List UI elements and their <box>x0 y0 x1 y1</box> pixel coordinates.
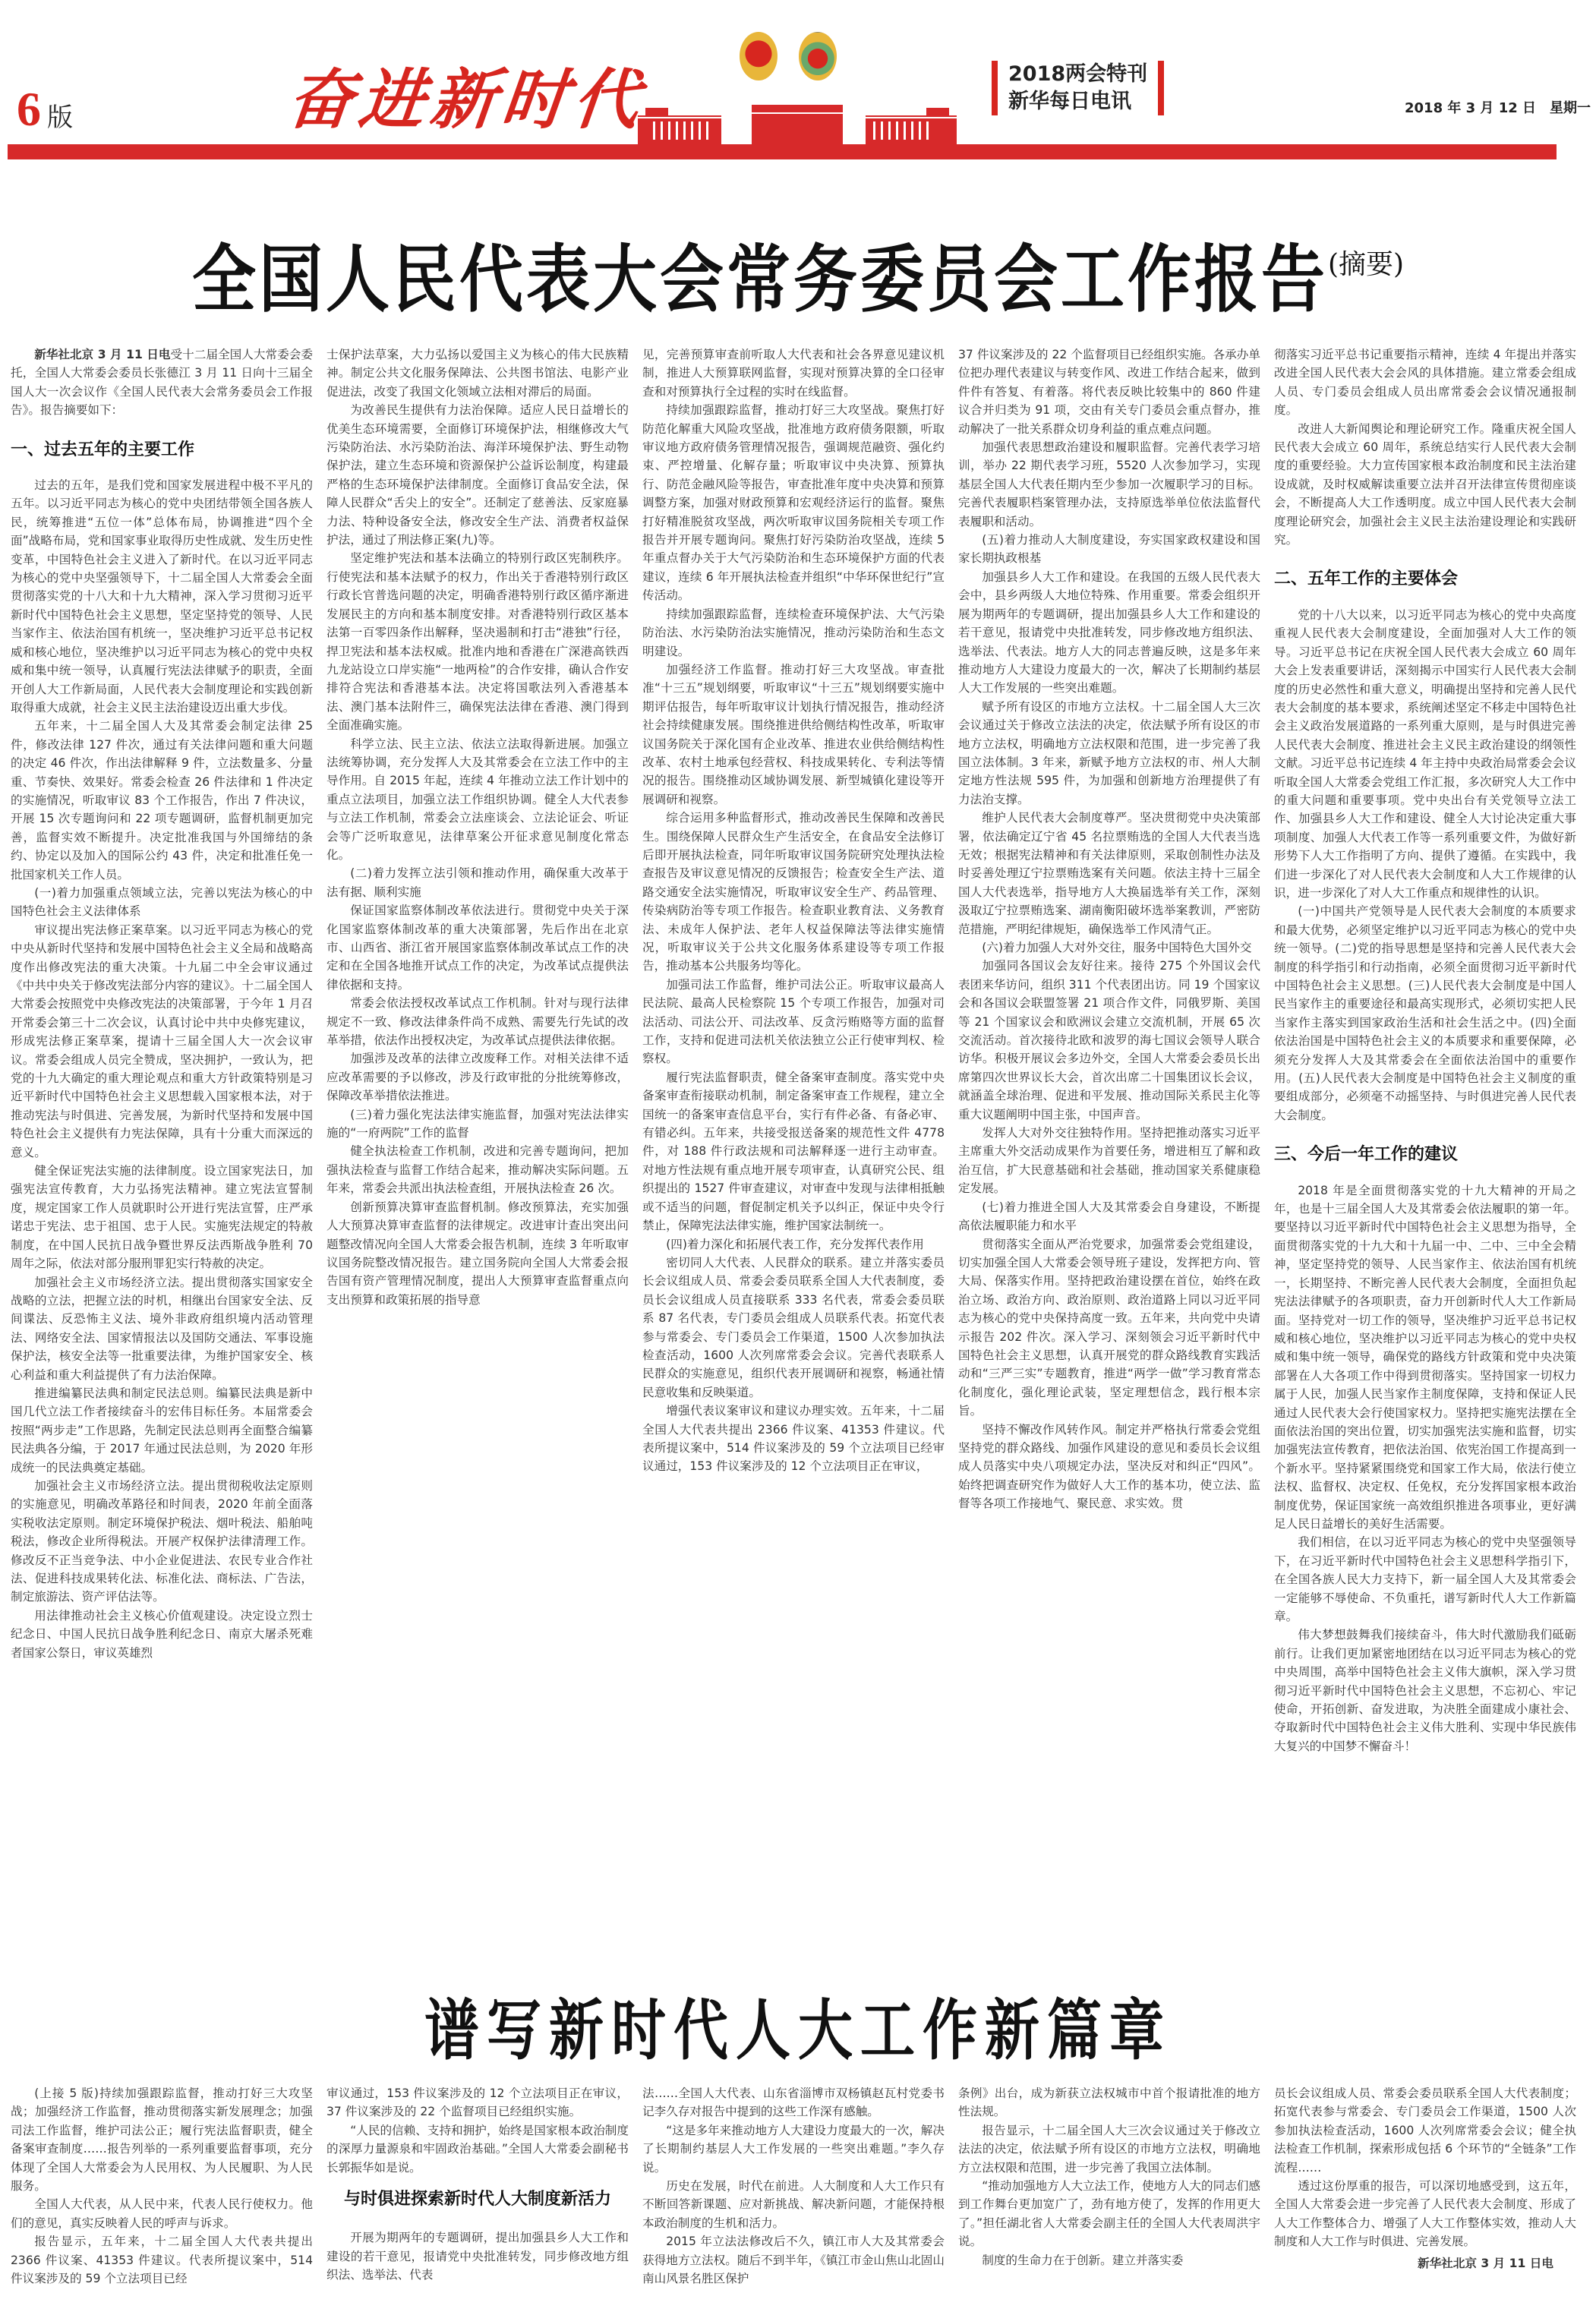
paragraph: 维护人民代表大会制度尊严。坚决贯彻党中央决策部署，依法确定辽宁省 45 名拉票贿… <box>958 809 1260 938</box>
paragraph: 审议通过，153 件议案涉及的 12 个立法项目正在审议，37 件议案涉及的 2… <box>326 2084 629 2121</box>
paragraph: 伟大梦想鼓舞我们接续奋斗，伟大时代激励我们砥砺前行。让我们更加紧密地团结在以习近… <box>1274 1626 1576 1755</box>
paragraph: 用法律推动社会主义核心价值观建设。决定设立烈士纪念日、中国人民抗日战争胜利纪念日… <box>11 1607 313 1662</box>
paragraph: 过去的五年，是我们党和国家发展进程中极不平凡的五年。以习近平同志为核心的党中央团… <box>11 476 313 717</box>
page-number-suffix: 版 <box>47 103 73 134</box>
paragraph: 新华社北京 3 月 11 日电受十二届全国人大常委会委托，全国人大常委会委员长张… <box>11 345 313 420</box>
second-headline-text: 谱写新时代人大工作新篇章 <box>424 1978 1172 2073</box>
paragraph: (六)着力加强人大对外交往，服务中国特色大国外交 <box>958 938 1260 957</box>
paragraph: 科学立法、民主立法、依法立法取得新进展。加强立法统筹协调，充分发挥人大及其常委会… <box>326 735 629 865</box>
special-edition-box: 2018两会特刊 新华每日电讯 <box>992 59 1164 117</box>
main-headline-text: 全国人民代表大会常务委员会工作报告 <box>192 221 1328 326</box>
header-red-rule <box>8 144 1557 159</box>
paragraph: (三)着力强化宪法法律实施监督，加强对宪法法律实施的“一府两院”工作的监督 <box>326 1106 629 1143</box>
paragraph: 为改善民生提供有力法治保障。适应人民日益增长的优美生态环境需要，全面修订环境保护… <box>326 401 629 549</box>
paragraph: 加强社会主义市场经济立法。提出贯彻税收法定原则的实施意见，明确改革路径和时间表，… <box>11 1477 313 1607</box>
paragraph: 密切同人大代表、人民群众的联系。建立并落实委员长会议组成人员、常委会委员联系全国… <box>642 1254 945 1402</box>
column-name-calligraphy: 奋进新时代 <box>283 47 650 141</box>
second-article-column-4: 条例》出台，成为新获立法权城市中首个报请批准的地方性法规。报告显示，十二届全国人… <box>958 2084 1260 2312</box>
issue-date: 2018 年 3 月 12 日 星期一 <box>1405 97 1591 117</box>
section-heading: 一、过去五年的主要工作 <box>11 441 313 459</box>
second-article-column-3: 法……全国人大代表、山东省淄博市双杨镇赵瓦村党委书记李久存对报告中提到的这些工作… <box>642 2084 945 2312</box>
paragraph: 彻落实习近平总书记重要指示精神，连续 4 年提出并落实改进全国人民代表大会会风的… <box>1274 345 1576 420</box>
paragraph: 改进人大新闻舆论和理论研究工作。隆重庆祝全国人民代表大会成立 60 周年，系统总… <box>1274 420 1576 550</box>
paragraph: 五年来，十二届全国人大及其常委会制定法律 25 件，修改法律 127 件次，通过… <box>11 717 313 884</box>
paragraph: 开展为期两年的专题调研，提出加强县乡人大工作和建设的若干意见，报请党中央批准转发… <box>326 2228 629 2284</box>
section-heading: 二、五年工作的主要体会 <box>1274 570 1576 588</box>
paragraph: 见，完善预算审查前听取人大代表和社会各界意见建议机制，推进人大预算联网监督，实现… <box>642 345 945 401</box>
paragraph: 贯彻落实全面从严治党要求，加强常委会党组建设，切实加强全国人大常委会领导班子建设… <box>958 1235 1260 1421</box>
paragraph: “人民的信赖、支持和拥护，始终是国家根本政治制度的深厚力量源泉和牢固政治基础。”… <box>326 2121 629 2177</box>
paragraph: 制度的生命力在于创新。建立并落实委 <box>958 2251 1260 2269</box>
newspaper-name: 新华每日电讯 <box>1008 88 1147 115</box>
second-article-column-1: (上接 5 版)持续加强跟踪监督，推动打好三大攻坚战；加强经济工作监督，推动贯彻… <box>11 2084 313 2312</box>
paragraph: 加强社会主义市场经济立法。提出贯彻落实国家安全战略的立法，把握立法的时机，相继出… <box>11 1273 313 1384</box>
paragraph: 综合运用多种监督形式，推动改善民生保障和改善民生。围绕保障人民群众生产生活安全，… <box>642 809 945 976</box>
second-article-body: (上接 5 版)持续加强跟踪监督，推动打好三大攻坚战；加强经济工作监督，推动贯彻… <box>11 2084 1576 2312</box>
paragraph: 我们相信，在以习近平同志为核心的党中央坚强领导下，在习近平新时代中国特色社会主义… <box>1274 1533 1576 1626</box>
great-hall-icon <box>638 99 957 146</box>
paragraph: 增强代表议案审议和建议办理实效。五年来，十二届全国人大代表共提出 2366 件议… <box>642 1402 945 1476</box>
section-heading: 三、今后一年工作的建议 <box>1274 1146 1576 1164</box>
paragraph: 加强司法工作监督，维护司法公正。听取审议最高人民法院、最高人民检察院 15 个专… <box>642 976 945 1068</box>
paragraph: 员长会议组成人员、常委会委员联系全国人大代表制度；拓宽代表参与常委会、专门委员会… <box>1274 2084 1576 2177</box>
paragraph: “推动加强地方人大立法工作，使地方人大的同志们感到工作舞台更加宽广了，劲有地方使… <box>958 2177 1260 2251</box>
main-headline-suffix: (摘要) <box>1328 243 1404 282</box>
main-article-body: 新华社北京 3 月 11 日电受十二届全国人大常委会委托，全国人大常委会委员长张… <box>11 345 1576 1951</box>
national-emblem-icon <box>740 32 777 80</box>
paragraph: 37 件议案涉及的 22 个监督项目已经组织实施。各承办单位把办理代表建议与转变… <box>958 345 1260 438</box>
paragraph: 加强经济工作监督。推动打好三大攻坚战。审查批准“十三五”规划纲要，听取审议“十三… <box>642 661 945 809</box>
paragraph: 审议提出宪法修正案草案。以习近平同志为核心的党中央从新时代坚持和发展中国特色社会… <box>11 921 313 1162</box>
paragraph: 持续加强跟踪监督，连续检查环境保护法、大气污染防治法、水污染防治法实施情况，推动… <box>642 605 945 661</box>
article-column-1: 新华社北京 3 月 11 日电受十二届全国人大常委会委托，全国人大常委会委员长张… <box>11 345 313 1951</box>
paragraph: 全国人大代表，从人民中来，代表人民行使权力。他们的意见，真实反映着人民的呼声与诉… <box>11 2195 313 2232</box>
article-column-4: 37 件议案涉及的 22 个监督项目已经组织实施。各承办单位把办理代表建议与转变… <box>958 345 1260 1951</box>
paragraph: 坚持不懈改作风转作风。制定并严格执行常委会党组坚持党的群众路线、加强作风建设的意… <box>958 1421 1260 1513</box>
paragraph: (上接 5 版)持续加强跟踪监督，推动打好三大攻坚战；加强经济工作监督，推动贯彻… <box>11 2084 313 2195</box>
paragraph: (五)着力推动人大制度建设，夯实国家政权建设和国家长期执政根基 <box>958 531 1260 568</box>
paragraph: 加强代表思想政治建设和履职监督。完善代表学习培训，举办 22 期代表学习班，55… <box>958 438 1260 531</box>
paragraph: 士保护法草案，大力弘扬以爱国主义为核心的伟大民族精神。制定公共文化服务保障法、公… <box>326 345 629 401</box>
paragraph: 透过这份厚重的报告，可以深切地感受到，这五年，全国人大常委会进一步完善了人民代表… <box>1274 2177 1576 2251</box>
paragraph: 条例》出台，成为新获立法权城市中首个报请批准的地方性法规。 <box>958 2084 1260 2121</box>
paragraph: 赋予所有设区的市地方立法权。十二届全国人大三次会议通过关于修改立法法的决定，依法… <box>958 698 1260 809</box>
byline: 新华社北京 3 月 11 日电 <box>1274 2254 1576 2273</box>
masthead: 6 版 奋进新时代 2018两会特刊 新华每日电讯 2018 年 3 月 12 … <box>0 0 1596 163</box>
second-headline: 谱写新时代人大工作新篇章 <box>0 1986 1596 2064</box>
second-article-column-2: 审议通过，153 件议案涉及的 12 个立法项目正在审议，37 件议案涉及的 2… <box>326 2084 629 2312</box>
page-number: 6 版 <box>17 85 73 134</box>
paragraph: (一)着力加强重点领域立法，完善以宪法为核心的中国特色社会主义法律体系 <box>11 884 313 921</box>
right-bracket-decoration <box>1158 61 1164 115</box>
dateline-lead: 新华社北京 3 月 11 日电 <box>34 348 170 361</box>
paragraph: 加强同各国议会友好往来。接待 275 个外国议会代表团来华访问，组织 311 个… <box>958 957 1260 1124</box>
paragraph: 2015 年立法法修改后不久，镇江市人大及其常委会获得地方立法权。随后不到半年，… <box>642 2232 945 2288</box>
main-headline: 全国人民代表大会常务委员会工作报告(摘要) <box>0 228 1596 320</box>
paragraph: 履行宪法监督职责，健全备案审查制度。落实党中央备案审查衔接联动机制，制定备案审查… <box>642 1068 945 1235</box>
paragraph: 健全保证宪法实施的法律制度。设立国家宪法日，加强宪法宣传教育，大力弘扬宪法精神。… <box>11 1162 313 1273</box>
paragraph: 推进编纂民法典和制定民法总则。编纂民法典是新中国几代立法工作者接续奋斗的宏伟目标… <box>11 1384 313 1477</box>
paragraph: 报告显示，十二届全国人大三次会议通过关于修改立法法的决定，依法赋予所有设区的市地… <box>958 2121 1260 2177</box>
article-column-3: 见，完善预算审查前听取人大代表和社会各界意见建议机制，推进人大预算联网监督，实现… <box>642 345 945 1951</box>
paragraph: (四)着力深化和拓展代表工作，充分发挥代表作用 <box>642 1235 945 1254</box>
paragraph: 历史在发展，时代在前进。人大制度和人大工作只有不断回答新课题、应对新挑战、解决新… <box>642 2177 945 2232</box>
paragraph: (一)中国共产党领导是人民代表大会制度的本质要求和最大优势，必须坚定维护以习近平… <box>1274 902 1576 1124</box>
paragraph: 加强县乡人大工作和建设。在我国的五级人民代表大会中，县乡两级人大地位特殊、作用重… <box>958 568 1260 698</box>
paragraph: 常委会依法授权改革试点工作机制。针对与现行法律规定不一致、修改法律条件尚不成熟、… <box>326 994 629 1049</box>
article-column-5: 彻落实习近平总书记重要指示精神，连续 4 年提出并落实改进全国人民代表大会会风的… <box>1274 345 1576 1951</box>
paragraph: 党的十八大以来，以习近平同志为核心的党中央高度重视人民代表大会制度建设，全面加强… <box>1274 606 1576 903</box>
paragraph: 保证国家监察体制改革依法进行。贯彻党中央关于深化国家监察体制改革的重大决策部署，… <box>326 901 629 994</box>
paragraph: (七)着力推进全国人大及其常委会自身建设，不断提高依法履职能力和水平 <box>958 1198 1260 1235</box>
paragraph: 加强涉及改革的法律立改废释工作。对相关法律不适应改革需要的予以修改，涉及行政审批… <box>326 1049 629 1105</box>
paragraph: 持续加强跟踪监督，推动打好三大攻坚战。聚焦打好防范化解重大风险攻坚战，批准地方政… <box>642 401 945 604</box>
paragraph: 报告显示，五年来，十二届全国人大代表共提出 2366 件议案、41353 件建议… <box>11 2232 313 2288</box>
special-edition-label: 2018两会特刊 <box>1008 61 1147 88</box>
paragraph: 法……全国人大代表、山东省淄博市双杨镇赵瓦村党委书记李久存对报告中提到的这些工作… <box>642 2084 945 2121</box>
cppcc-emblem-icon <box>799 32 837 80</box>
paragraph: (二)着力发挥立法引领和推动作用，确保重大改革于法有据、顺利实施 <box>326 864 629 901</box>
paragraph: 发挥人大对外交往独特作用。坚持把推动落实习近平主席重大外交活动成果作为首要任务，… <box>958 1124 1260 1198</box>
paragraph: 坚定维护宪法和基本法确立的特别行政区宪制秩序。行使宪法和基本法赋予的权力，作出关… <box>326 549 629 734</box>
paragraph: 健全执法检查工作机制，改进和完善专题询问，把加强执法检查与监督工作结合起来，推动… <box>326 1142 629 1197</box>
page-number-digit: 6 <box>17 85 41 134</box>
left-bracket-decoration <box>992 61 998 115</box>
paragraph: “这是多年来推动地方人大建设力度最大的一次，解决了长期制约基层人大工作发展的一些… <box>642 2121 945 2177</box>
subheading: 与时俱进探索新时代人大制度新活力 <box>326 2191 629 2209</box>
article-column-2: 士保护法草案，大力弘扬以爱国主义为核心的伟大民族精神。制定公共文化服务保障法、公… <box>326 345 629 1951</box>
paragraph: 2018 年是全面贯彻落实党的十九大精神的开局之年，也是十三届全国人大及其常委会… <box>1274 1181 1576 1534</box>
paragraph: 创新预算决算审查监督机制。修改预算法，充实加强人大预算决算审查监督的法律规定。改… <box>326 1198 629 1309</box>
second-article-column-5: 员长会议组成人员、常委会委员联系全国人大代表制度；拓宽代表参与常委会、专门委员会… <box>1274 2084 1576 2312</box>
